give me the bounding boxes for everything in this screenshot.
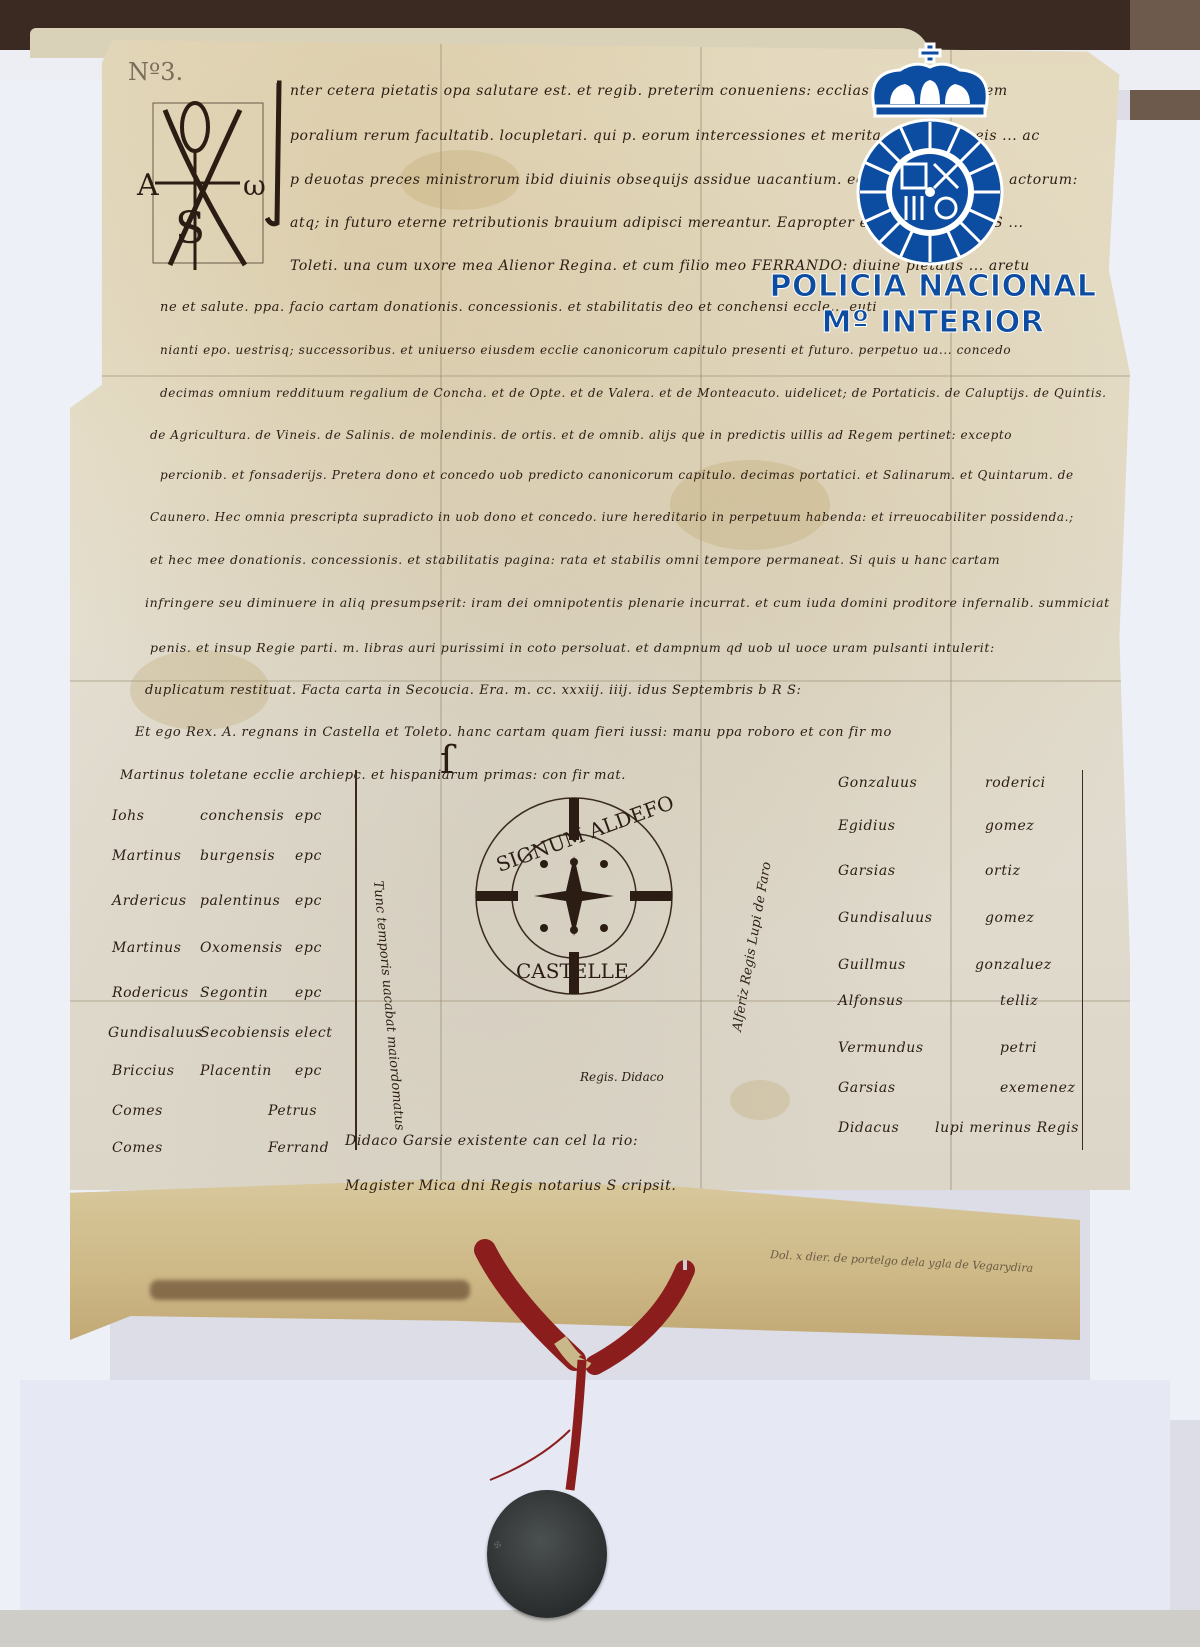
logo-title: POLICIA NACIONAL: [768, 270, 1098, 304]
decorated-initial-icon: [265, 78, 287, 228]
bishop-see: Segontin: [200, 985, 268, 1001]
witness-header: Martinus toletane ecclie archiepc. et hi…: [120, 768, 626, 783]
background-table: [0, 1610, 1200, 1647]
charter-line: decimas omnium reddituum regalium de Con…: [160, 386, 1107, 400]
svg-text:SIGNUM ALDEFONSI REGIS: SIGNUM ALDEFONSI REGIS: [493, 796, 674, 877]
bishop-see: Oxomensis: [200, 940, 283, 956]
rota-royal-sign-icon: SIGNUM ALDEFONSI REGIS CASTELLE: [474, 796, 674, 996]
charter-line: Et ego Rex. A. regnans in Castella et To…: [135, 725, 892, 740]
stain: [730, 1080, 790, 1120]
plica-stain: [150, 1280, 470, 1300]
charter-line: de Agricultura. de Vineis. de Salinis. d…: [150, 428, 1012, 442]
charter-line: Caunero. Hec omnia prescripta supradicto…: [150, 510, 1074, 524]
svg-text:A: A: [136, 168, 159, 203]
bishop-see: Secobiensis: [200, 1025, 290, 1041]
notary-line: Magister Mica dni Regis notarius S crips…: [345, 1178, 676, 1194]
rota-bottom-text: Regis. Didaco: [580, 1070, 664, 1084]
bishop-title: epc: [295, 808, 322, 824]
policia-nacional-emblem-icon: [850, 42, 1010, 272]
bishop-see: burgensis: [200, 848, 275, 864]
bishop-name: Iohs: [112, 808, 145, 824]
bishop-name: Briccius: [112, 1063, 175, 1079]
silk-cord-icon: [470, 1230, 730, 1510]
charter-line: infringere seu diminuere in aliq presump…: [145, 595, 1110, 610]
document-number: Nº3.: [128, 58, 183, 86]
bishop-name: Martinus: [112, 848, 182, 864]
noble-name: Garsias: [838, 1080, 896, 1096]
count-name: Ferrand: [268, 1140, 329, 1156]
charter-line: percionib. et fonsaderijs. Pretera dono …: [160, 468, 1074, 482]
noble-name: Gundisaluus: [838, 910, 932, 926]
svg-text:CASTELLE: CASTELLE: [516, 959, 629, 983]
bishop-see: Placentin: [200, 1063, 272, 1079]
fold-line: [440, 40, 442, 1190]
signature-column-rule: [355, 770, 357, 1150]
charter-line: et hec mee donationis. concessionis. et …: [150, 552, 1000, 567]
noble-name: Alfonsus: [838, 993, 903, 1009]
noble-surname: gomez: [985, 818, 1034, 834]
bishop-name: Comes: [112, 1140, 163, 1156]
bishop-title: epc: [295, 893, 322, 909]
noble-surname: petri: [1000, 1040, 1037, 1056]
seal-legend: ✠: [493, 1540, 504, 1549]
bishop-name: Ardericus: [112, 893, 187, 909]
fold-line: [700, 40, 702, 1190]
noble-name: Didacus: [838, 1120, 899, 1136]
fold-line: [70, 375, 1130, 377]
noble-name: Gonzaluus: [838, 775, 917, 791]
svg-text:ω: ω: [243, 169, 266, 202]
noble-name: Vermundus: [838, 1040, 924, 1056]
bishop-name: Martinus: [112, 940, 182, 956]
bishop-title: epc: [295, 848, 322, 864]
chrismon-icon: S A ω: [135, 95, 275, 270]
bishop-name: Gundisaluus: [108, 1025, 202, 1041]
svg-text:S: S: [175, 203, 205, 254]
noble-surname: lupi merinus Regis: [935, 1120, 1079, 1136]
noble-name: Garsias: [838, 863, 896, 879]
bishop-see: palentinus: [200, 893, 280, 909]
logo-subtitle: Mº INTERIOR: [768, 306, 1098, 340]
count-name: Petrus: [268, 1103, 317, 1119]
bishop-title: elect: [295, 1025, 333, 1041]
noble-surname: telliz: [1000, 993, 1038, 1009]
noble-surname: gomez: [985, 910, 1034, 926]
noble-name: Egidius: [838, 818, 896, 834]
lead-seal: ✠: [487, 1490, 607, 1618]
noble-surname: ortiz: [985, 863, 1021, 879]
bishop-title: epc: [295, 985, 322, 1001]
noble-surname: roderici: [985, 775, 1046, 791]
noble-surname: gonzaluez: [975, 957, 1052, 973]
charter-line: nianti epo. uestrisq; successoribus. et …: [160, 343, 1011, 357]
bishop-title: epc: [295, 1063, 322, 1079]
bishop-name: Rodericus: [112, 985, 189, 1001]
bishop-title: epc: [295, 940, 322, 956]
chancellor-line: Didaco Garsie existente can cel la rio:: [345, 1133, 638, 1149]
bishop-see: conchensis: [200, 808, 284, 824]
noble-name: Guillmus: [838, 957, 906, 973]
charter-line: duplicatum restituat. Facta carta in Sec…: [145, 683, 802, 698]
noble-surname: exemenez: [1000, 1080, 1076, 1096]
rota-initial-T: ſ: [440, 738, 454, 782]
charter-line: penis. et insup Regie parti. m. libras a…: [150, 640, 995, 655]
signature-column-rule: [1082, 770, 1083, 1150]
bishop-name: Comes: [112, 1103, 163, 1119]
